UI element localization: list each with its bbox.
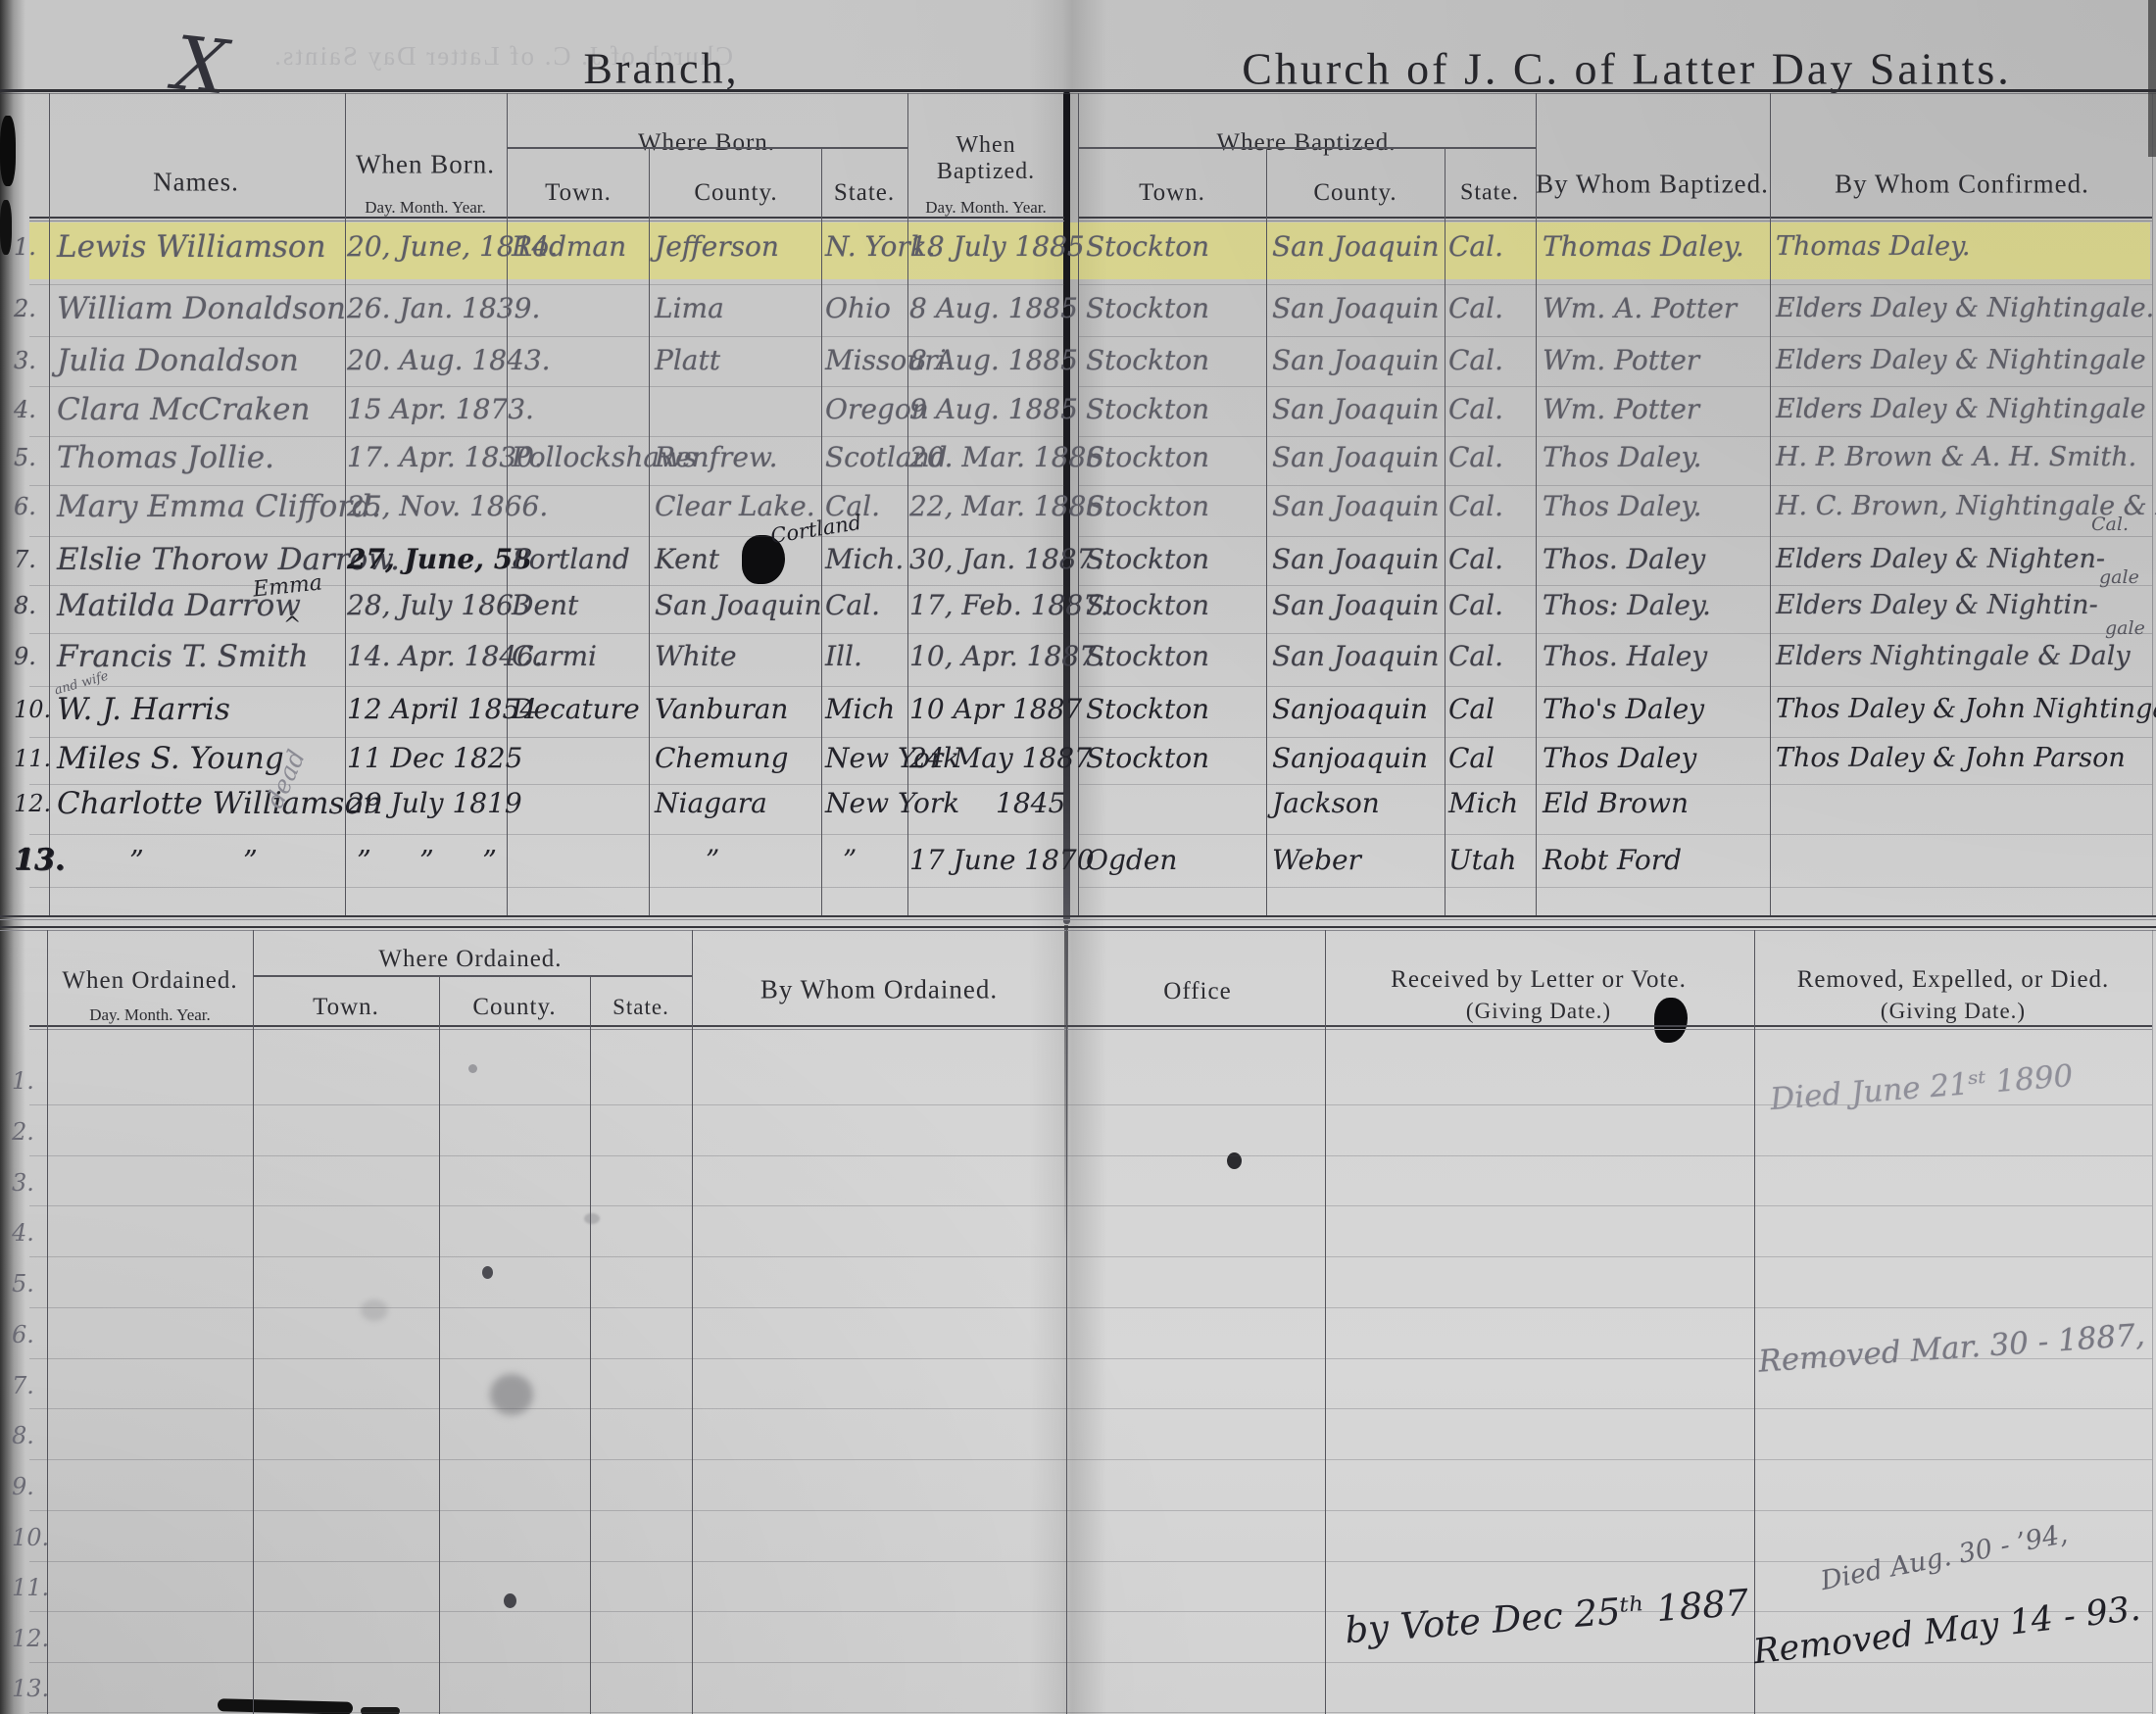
rule-line xyxy=(29,1611,2152,1612)
row-13-bapt_state: Utah xyxy=(1448,837,1517,884)
rule-line xyxy=(29,1561,2152,1562)
ink-spot xyxy=(504,1593,516,1608)
row-2-bapt_county: San Joaquin xyxy=(1272,285,1440,332)
row-11-bapt_town: Stockton xyxy=(1086,735,1209,782)
row-3-born: 20. Aug. 1843. xyxy=(347,337,551,384)
row-8-by_whom_baptized: Thos: Daley. xyxy=(1543,582,1711,629)
bottom-row-number-4: 4. xyxy=(12,1219,51,1247)
row-9-baptized: 10, Apr. 1887. xyxy=(909,633,1105,680)
row-12-bapt_state: Mich xyxy=(1448,780,1518,827)
row-6-name: Mary Emma Clifford. xyxy=(57,483,381,530)
row-2-bapt_town: Stockton xyxy=(1086,285,1209,332)
row-5-name: Thomas Jollie. xyxy=(57,434,274,481)
row-11-by_whom_confirmed: Thos Daley & John Parson xyxy=(1776,735,2126,782)
row-10-born_county: Vanburan xyxy=(655,686,788,733)
row-1-bapt_county: San Joaquin xyxy=(1272,223,1440,270)
bottom-row-number-6: 6. xyxy=(12,1321,51,1348)
row-10-bapt_county: Sanjoaquin xyxy=(1272,686,1428,733)
row-6-baptized: 22, Mar. 1886. xyxy=(909,483,1112,530)
row-7-born_county: Kent xyxy=(655,536,719,583)
ink-spot xyxy=(482,1266,493,1279)
row-7-baptized: 30, Jan. 1887. xyxy=(909,536,1102,583)
col-header-by-whom-baptized: By Whom Baptized. xyxy=(1536,170,1769,200)
row-6-bapt_state: Cal. xyxy=(1448,483,1503,530)
row-12-baptized: 1845 xyxy=(909,780,1065,827)
row-5-by_whom_confirmed: H. P. Brown & A. H. Smith. xyxy=(1776,434,2136,481)
rule-line xyxy=(692,930,693,1714)
record-row-3: 3.Julia Donaldson20. Aug. 1843.PlattMiss… xyxy=(0,337,2156,384)
row-5-born_county: Renfrew. xyxy=(655,434,778,481)
rule-line xyxy=(29,1307,2152,1308)
rule-line xyxy=(0,926,2156,928)
row-6-num: 6. xyxy=(14,483,36,530)
row-8-born: 28, July 1863 xyxy=(347,582,531,629)
row-7-num: 7. xyxy=(14,536,36,583)
row-8-born_county: San Joaquin xyxy=(655,582,822,629)
row-11-bapt_state: Cal xyxy=(1448,735,1494,782)
ledger-page: X Church of J. C. of Latter Day Saints. … xyxy=(0,0,2156,1714)
bottom-row-number-1: 1. xyxy=(12,1067,51,1095)
row-8-born_state: Cal. xyxy=(825,582,880,629)
rule-line xyxy=(29,1155,2152,1156)
row-6-by_whom_baptized: Thos Daley. xyxy=(1543,483,1702,530)
rule-line xyxy=(1078,887,2152,888)
record-row-4: 4.Clara McCraken15 Apr. 1873.Oregon9 Aug… xyxy=(0,386,2156,433)
row-10-born: 12 April 1854 xyxy=(347,686,537,733)
row-7-by_whom_baptized: Thos. Daley xyxy=(1543,536,1705,583)
record-row-13: 13.” ”” ” ”””17 June 1870OgdenWeberUtahR… xyxy=(0,837,2156,884)
rule-line xyxy=(29,1712,2152,1713)
entry-removed-may: Removed May 14 - 93. xyxy=(1751,1590,2142,1673)
row-8-by_whom_confirmed: Elders Daley & Nightin- xyxy=(1776,582,2098,629)
record-row-5: 5.Thomas Jollie.17. Apr. 1830.Pollocksha… xyxy=(0,434,2156,481)
col-header-where-baptized: Where Baptized. xyxy=(1217,129,1396,157)
row-5-num: 5. xyxy=(14,434,36,481)
row-4-num: 4. xyxy=(14,386,36,433)
row-12-born: 29 July 1819 xyxy=(347,780,522,827)
col-header-when-ordained: When Ordained. xyxy=(62,967,237,995)
rule-line xyxy=(0,89,2156,92)
row-8-bapt_county: San Joaquin xyxy=(1272,582,1440,629)
rule-line xyxy=(2152,930,2153,1714)
rule-line xyxy=(0,930,2156,931)
row-1-bapt_state: Cal. xyxy=(1448,223,1503,270)
row-4-by_whom_baptized: Wm. Potter xyxy=(1543,386,1699,433)
col-header-when-born: When Born. xyxy=(356,150,495,180)
annotation-gale-7: gale xyxy=(2099,566,2139,588)
row-4-name: Clara McCraken xyxy=(57,386,311,433)
row-3-baptized: 8 Aug. 1885 xyxy=(909,337,1078,384)
row-4-by_whom_confirmed: Elders Daley & Nightingale xyxy=(1776,386,2146,433)
col-header-born-county: County. xyxy=(694,179,777,207)
col-header-ordained-state: State. xyxy=(612,995,669,1020)
row-1-by_whom_baptized: Thomas Daley. xyxy=(1543,223,1744,270)
annotation-emma-caret: ^ xyxy=(283,613,301,638)
col-header-received: Received by Letter or Vote. xyxy=(1391,966,1687,994)
row-2-by_whom_baptized: Wm. A. Potter xyxy=(1543,285,1737,332)
rule-line xyxy=(29,1510,2152,1511)
bottom-row-number-10: 10. xyxy=(12,1524,51,1551)
row-10-born_town: Decature xyxy=(512,686,640,733)
row-10-by_whom_baptized: Tho's Daley xyxy=(1543,686,1704,733)
record-row-9: 9.Francis T. Smith14. Apr. 1846.CarmiWhi… xyxy=(0,633,2156,680)
record-row-1: 1.Lewis Williamson20, June, 1814.RodmanJ… xyxy=(0,223,2156,270)
row-10-baptized: 10 Apr 1887 xyxy=(909,686,1082,733)
row-10-bapt_state: Cal xyxy=(1448,686,1494,733)
row-11-born: 11 Dec 1825 xyxy=(347,735,522,782)
col-header-born-town: Town. xyxy=(545,179,612,207)
row-13-by_whom_baptized: Robt Ford xyxy=(1543,837,1682,884)
row-9-by_whom_baptized: Thos. Haley xyxy=(1543,633,1707,680)
col-header-removed: Removed, Expelled, or Died. xyxy=(1797,966,2110,994)
row-12-name: Charlotte Williamson xyxy=(57,780,382,827)
rule-line xyxy=(29,1256,2152,1257)
row-4-born: 15 Apr. 1873. xyxy=(347,386,534,433)
page-title-left: Branch, xyxy=(583,44,739,94)
row-11-bapt_county: Sanjoaquin xyxy=(1272,735,1428,782)
rule-line xyxy=(29,834,1064,835)
rule-line xyxy=(1078,834,2152,835)
row-4-baptized: 9 Aug. 1885 xyxy=(909,386,1078,433)
row-8-baptized: 17, Feb. 1887. xyxy=(909,582,1109,629)
ink-spot xyxy=(468,1064,477,1073)
binding-blot xyxy=(0,116,16,186)
col-header-by-whom-ordained: By Whom Ordained. xyxy=(760,975,998,1005)
row-10-num: 10. xyxy=(14,686,51,733)
entry-removed-mar: Removed Mar. 30 - 1887, xyxy=(1757,1317,2146,1379)
row-12-bapt_county: Jackson xyxy=(1272,780,1380,827)
row-9-born_state: Ill. xyxy=(825,633,862,680)
row-9-bapt_county: San Joaquin xyxy=(1272,633,1440,680)
bottom-row-number-8: 8. xyxy=(12,1422,51,1449)
page-title-right: Church of J. C. of Latter Day Saints. xyxy=(1242,43,2012,95)
rule-line xyxy=(29,1459,2152,1460)
bottom-row-number-11: 11. xyxy=(12,1574,51,1601)
rule-line xyxy=(0,919,2156,920)
rule-line xyxy=(1754,930,1755,1714)
row-2-bapt_state: Cal. xyxy=(1448,285,1503,332)
rule-line xyxy=(253,930,254,1714)
rule-line xyxy=(1325,930,1326,1714)
row-1-bapt_town: Stockton xyxy=(1086,223,1209,270)
row-7-bapt_state: Cal. xyxy=(1448,536,1503,583)
rule-line xyxy=(0,915,2156,917)
row-13-born_state: ” xyxy=(825,837,857,884)
row-7-born_town: Portland xyxy=(512,536,630,583)
bottom-row-number-12: 12. xyxy=(12,1625,51,1652)
row-8-born_town: Dent xyxy=(512,582,578,629)
row-7-bapt_town: Stockton xyxy=(1086,536,1209,583)
record-row-10: 10.W. J. Harris12 April 1854DecatureVanb… xyxy=(0,686,2156,733)
row-9-bapt_town: Stockton xyxy=(1086,633,1209,680)
annotation-gale-8: gale xyxy=(2105,617,2145,639)
bottom-row-number-13: 13. xyxy=(12,1675,51,1702)
row-5-baptized: 20. Mar. 1886. xyxy=(909,434,1112,481)
rule-line xyxy=(1078,217,2152,219)
row-3-bapt_county: San Joaquin xyxy=(1272,337,1440,384)
row-12-by_whom_baptized: Eld Brown xyxy=(1543,780,1689,827)
annotation-cal: Cal. xyxy=(2091,514,2129,535)
col-header-by-whom-confirmed: By Whom Confirmed. xyxy=(1835,170,2089,200)
row-13-name: ” ” xyxy=(57,837,258,884)
entry-died-aug: Died Aug. 30 - ’94, xyxy=(1818,1519,2070,1596)
bottom-row-number-5: 5. xyxy=(12,1270,51,1298)
col-header-office: Office xyxy=(1163,978,1231,1005)
row-2-by_whom_confirmed: Elders Daley & Nightingale. xyxy=(1776,285,2154,332)
row-2-born_state: Ohio xyxy=(825,285,891,332)
row-7-born: 27, June, 58 xyxy=(347,536,532,583)
row-3-born_county: Platt xyxy=(655,337,720,384)
rule-line xyxy=(29,1205,2152,1206)
row-12-num: 12. xyxy=(14,780,51,827)
bottom-row-number-7: 7. xyxy=(12,1372,51,1399)
rule-line xyxy=(590,977,591,1714)
row-1-name: Lewis Williamson xyxy=(57,223,326,270)
row-4-bapt_town: Stockton xyxy=(1086,386,1209,433)
row-13-bapt_county: Weber xyxy=(1272,837,1361,884)
row-3-bapt_state: Cal. xyxy=(1448,337,1503,384)
col-header-when-baptized: When Baptized. xyxy=(917,132,1054,185)
record-row-6: 6.Mary Emma Clifford.25, Nov. 1866.Clear… xyxy=(0,483,2156,530)
col-subheader-received-date: (Giving Date.) xyxy=(1466,999,1611,1024)
row-1-born_county: Jefferson xyxy=(655,223,779,270)
col-header-ordained-town: Town. xyxy=(313,994,379,1021)
entry-by-vote: by Vote Dec 25ᵗʰ 1887 xyxy=(1344,1582,1750,1652)
col-header-born-state: State. xyxy=(834,179,895,207)
row-13-bapt_town: Ogden xyxy=(1086,837,1177,884)
bottom-row-number-9: 9. xyxy=(12,1473,51,1500)
row-5-bapt_town: Stockton xyxy=(1086,434,1209,481)
row-7-born_state: Mich. xyxy=(825,536,904,583)
rule-line xyxy=(29,220,1064,221)
row-9-born_county: White xyxy=(655,633,737,680)
col-header-names: Names. xyxy=(153,168,239,198)
row-3-by_whom_confirmed: Elders Daley & Nightingale xyxy=(1776,337,2146,384)
rule-line xyxy=(29,217,1064,219)
row-9-born_town: Carmi xyxy=(512,633,597,680)
smudge xyxy=(584,1213,600,1224)
col-subheader-dmy-born: Day. Month. Year. xyxy=(365,198,486,218)
row-5-bapt_county: San Joaquin xyxy=(1272,434,1440,481)
row-8-num: 8. xyxy=(14,582,36,629)
row-13-born: ” ” ” xyxy=(347,837,497,884)
row-13-baptized: 17 June 1870 xyxy=(909,837,1095,884)
row-6-bapt_town: Stockton xyxy=(1086,483,1209,530)
row-2-name: William Donaldson xyxy=(57,285,346,332)
row-3-name: Julia Donaldson xyxy=(57,337,299,384)
row-1-by_whom_confirmed: Thomas Daley. xyxy=(1776,223,1970,270)
row-1-baptized: 18 July 1885 xyxy=(909,223,1085,270)
smudge xyxy=(361,1299,388,1321)
row-3-by_whom_baptized: Wm. Potter xyxy=(1543,337,1699,384)
row-5-bapt_state: Cal. xyxy=(1448,434,1503,481)
rule-line xyxy=(29,1025,2152,1027)
row-10-born_state: Mich xyxy=(825,686,895,733)
col-header-bapt-town: Town. xyxy=(1139,179,1205,207)
rule-line xyxy=(253,975,692,977)
row-13-born_county: ” xyxy=(655,837,719,884)
row-4-bapt_county: San Joaquin xyxy=(1272,386,1440,433)
record-row-11: 11.Miles S. Young11 Dec 1825ChemungNew Y… xyxy=(0,735,2156,782)
col-header-where-ordained: Where Ordained. xyxy=(378,946,562,973)
col-header-bapt-state: State. xyxy=(1460,180,1519,207)
col-subheader-dmy-ordained: Day. Month. Year. xyxy=(89,1005,211,1025)
rule-line xyxy=(29,1408,2152,1409)
record-row-7: 7.Elslie Thorow Darrow.27, June, 58Portl… xyxy=(0,536,2156,583)
row-9-bapt_state: Cal. xyxy=(1448,633,1503,680)
row-8-bapt_state: Cal. xyxy=(1448,582,1503,629)
col-subheader-removed-date: (Giving Date.) xyxy=(1881,999,2026,1024)
row-8-bapt_town: Stockton xyxy=(1086,582,1209,629)
record-row-8: 8.Matilda Darrow28, July 1863DentSan Joa… xyxy=(0,582,2156,629)
row-9-num: 9. xyxy=(14,633,36,680)
row-6-bapt_county: San Joaquin xyxy=(1272,483,1440,530)
rule-line xyxy=(439,977,440,1714)
row-11-baptized: 24 May 1887 xyxy=(909,735,1092,782)
rule-line xyxy=(507,147,907,149)
rule-line xyxy=(1078,220,2152,221)
row-7-bapt_county: San Joaquin xyxy=(1272,536,1440,583)
row-10-name: W. J. Harris xyxy=(57,686,230,733)
row-11-born_county: Chemung xyxy=(655,735,789,782)
col-header-where-born: Where Born. xyxy=(638,129,775,157)
row-2-born_county: Lima xyxy=(655,285,724,332)
row-4-bapt_state: Cal. xyxy=(1448,386,1503,433)
row-11-num: 11. xyxy=(14,735,51,782)
row-5-by_whom_baptized: Thos Daley. xyxy=(1543,434,1702,481)
col-subheader-dmy-baptized: Day. Month. Year. xyxy=(925,198,1047,218)
row-7-by_whom_confirmed: Elders Daley & Nighten- xyxy=(1776,536,2105,583)
row-10-by_whom_confirmed: Thos Daley & John Nightingale xyxy=(1776,686,2156,733)
entry-died-june: Died June 21ˢᵗ 1890 xyxy=(1769,1058,2075,1117)
row-3-bapt_town: Stockton xyxy=(1086,337,1209,384)
row-2-num: 2. xyxy=(14,285,36,332)
row-6-born: 25, Nov. 1866. xyxy=(347,483,548,530)
row-2-born: 26. Jan. 1839. xyxy=(347,285,540,332)
record-row-2: 2.William Donaldson26. Jan. 1839.LimaOhi… xyxy=(0,285,2156,332)
row-9-by_whom_confirmed: Elders Nightingale & Daly xyxy=(1776,633,2131,680)
row-1-num: 1. xyxy=(14,223,36,270)
col-header-bapt-county: County. xyxy=(1313,179,1396,207)
row-11-by_whom_baptized: Thos Daley xyxy=(1543,735,1696,782)
bottom-row-number-2: 2. xyxy=(12,1118,51,1146)
record-row-12: 12.Charlotte Williamson29 July 1819Niaga… xyxy=(0,780,2156,827)
rule-line xyxy=(1066,930,1067,1714)
rule-line xyxy=(29,887,1064,888)
bottom-row-number-3: 3. xyxy=(12,1169,51,1197)
row-1-born_town: Rodman xyxy=(512,223,626,270)
row-11-name: Miles S. Young xyxy=(57,735,284,782)
ink-blot xyxy=(1654,998,1688,1043)
rule-line xyxy=(1078,147,1536,149)
rule-line xyxy=(29,1029,2152,1030)
row-3-num: 3. xyxy=(14,337,36,384)
col-header-ordained-county: County. xyxy=(472,994,556,1021)
row-2-baptized: 8 Aug. 1885 xyxy=(909,285,1078,332)
row-12-born_county: Niagara xyxy=(655,780,767,827)
row-10-bapt_town: Stockton xyxy=(1086,686,1209,733)
